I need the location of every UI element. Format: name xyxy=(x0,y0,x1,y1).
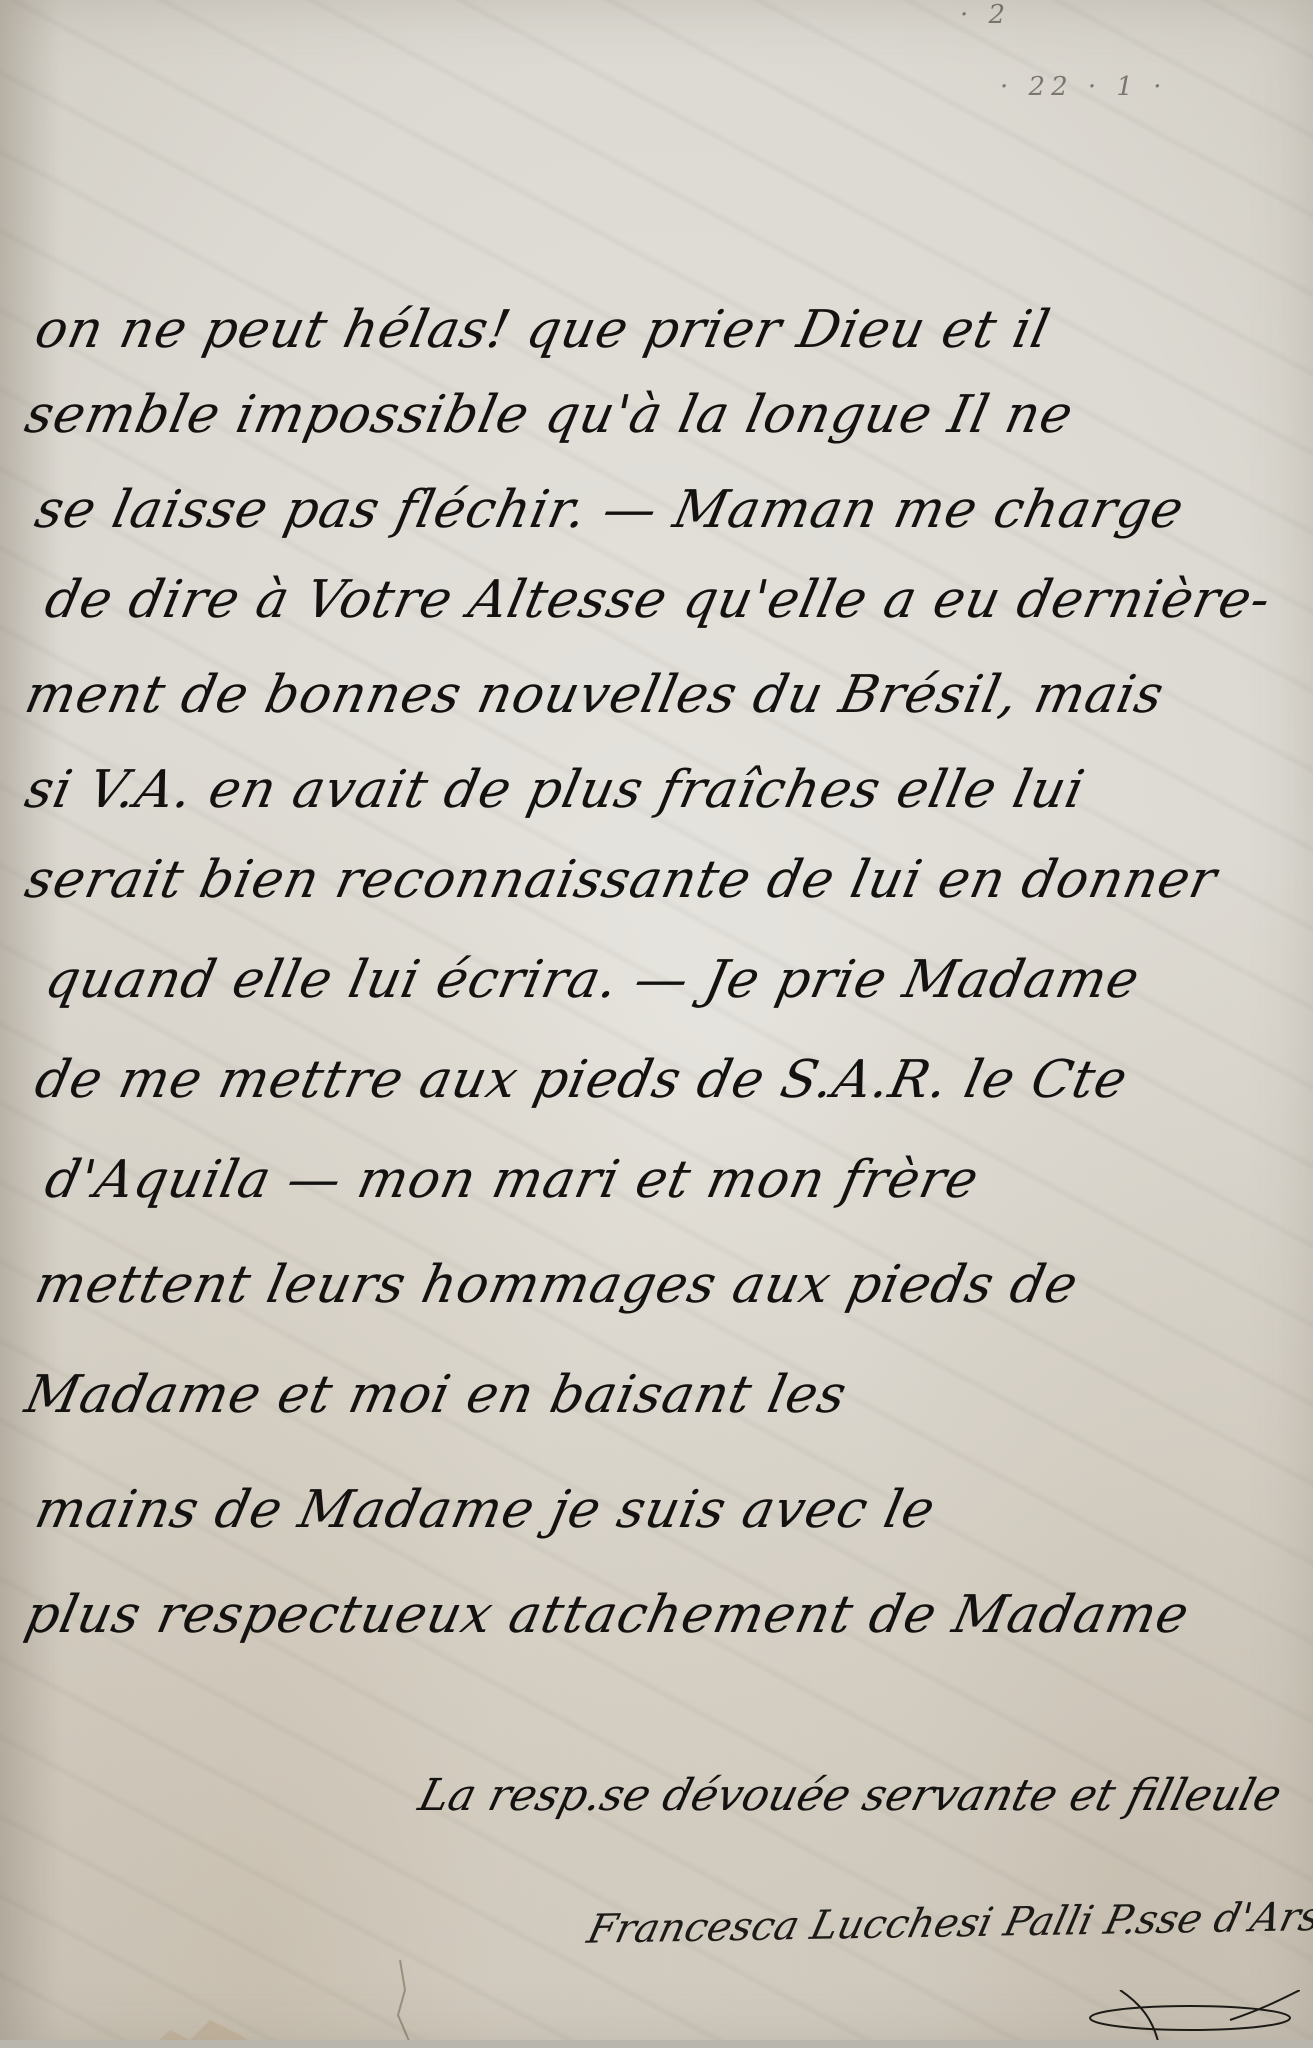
body-line-10: d'Aquila — mon mari et mon frère xyxy=(40,1150,984,1210)
body-line-5: ment de bonnes nouvelles du Brésil, mais xyxy=(20,665,1169,725)
paper-damage-icon xyxy=(150,1960,450,2048)
body-line-2: semble impossible qu'à la longue Il ne xyxy=(20,385,1079,445)
letter-page: · 2 · 22 · 1 · on ne peut hélas! que pri… xyxy=(0,0,1313,2048)
body-line-1: on ne peut hélas! que prier Dieu et il xyxy=(30,300,1055,360)
archive-mark: · 2 · 22 · 1 · xyxy=(940,0,1200,110)
body-line-11: mettent leurs hommages aux pieds de xyxy=(30,1255,1084,1315)
body-line-9: de me mettre aux pieds de S.A.R. le Cte xyxy=(30,1050,1133,1110)
body-line-8: quand elle lui écrira. — Je prie Madame xyxy=(40,950,1145,1010)
archive-mark-line-1: · 2 xyxy=(960,0,1011,30)
archive-mark-line-2: · 22 · 1 · xyxy=(1000,72,1167,102)
body-line-3: se laisse pas fléchir. — Maman me charge xyxy=(30,480,1190,540)
body-line-12: Madame et moi en baisant les xyxy=(20,1365,852,1425)
body-line-4: de dire à Votre Altesse qu'elle a eu der… xyxy=(40,570,1276,630)
page-bottom-edge xyxy=(0,2040,1313,2048)
signature: Francesca Lucchesi Palli P.sse d'Arsoli xyxy=(583,1893,1313,1953)
body-line-14: plus respectueux attachement de Madame xyxy=(20,1585,1195,1645)
body-line-6: si V.A. en avait de plus fraîches elle l… xyxy=(20,760,1090,820)
body-line-13: mains de Madame je suis avec le xyxy=(30,1480,941,1540)
body-line-7: serait bien reconnaissante de lui en don… xyxy=(20,850,1222,910)
closing-line: La resp.se dévouée servante et filleule xyxy=(414,1770,1287,1821)
